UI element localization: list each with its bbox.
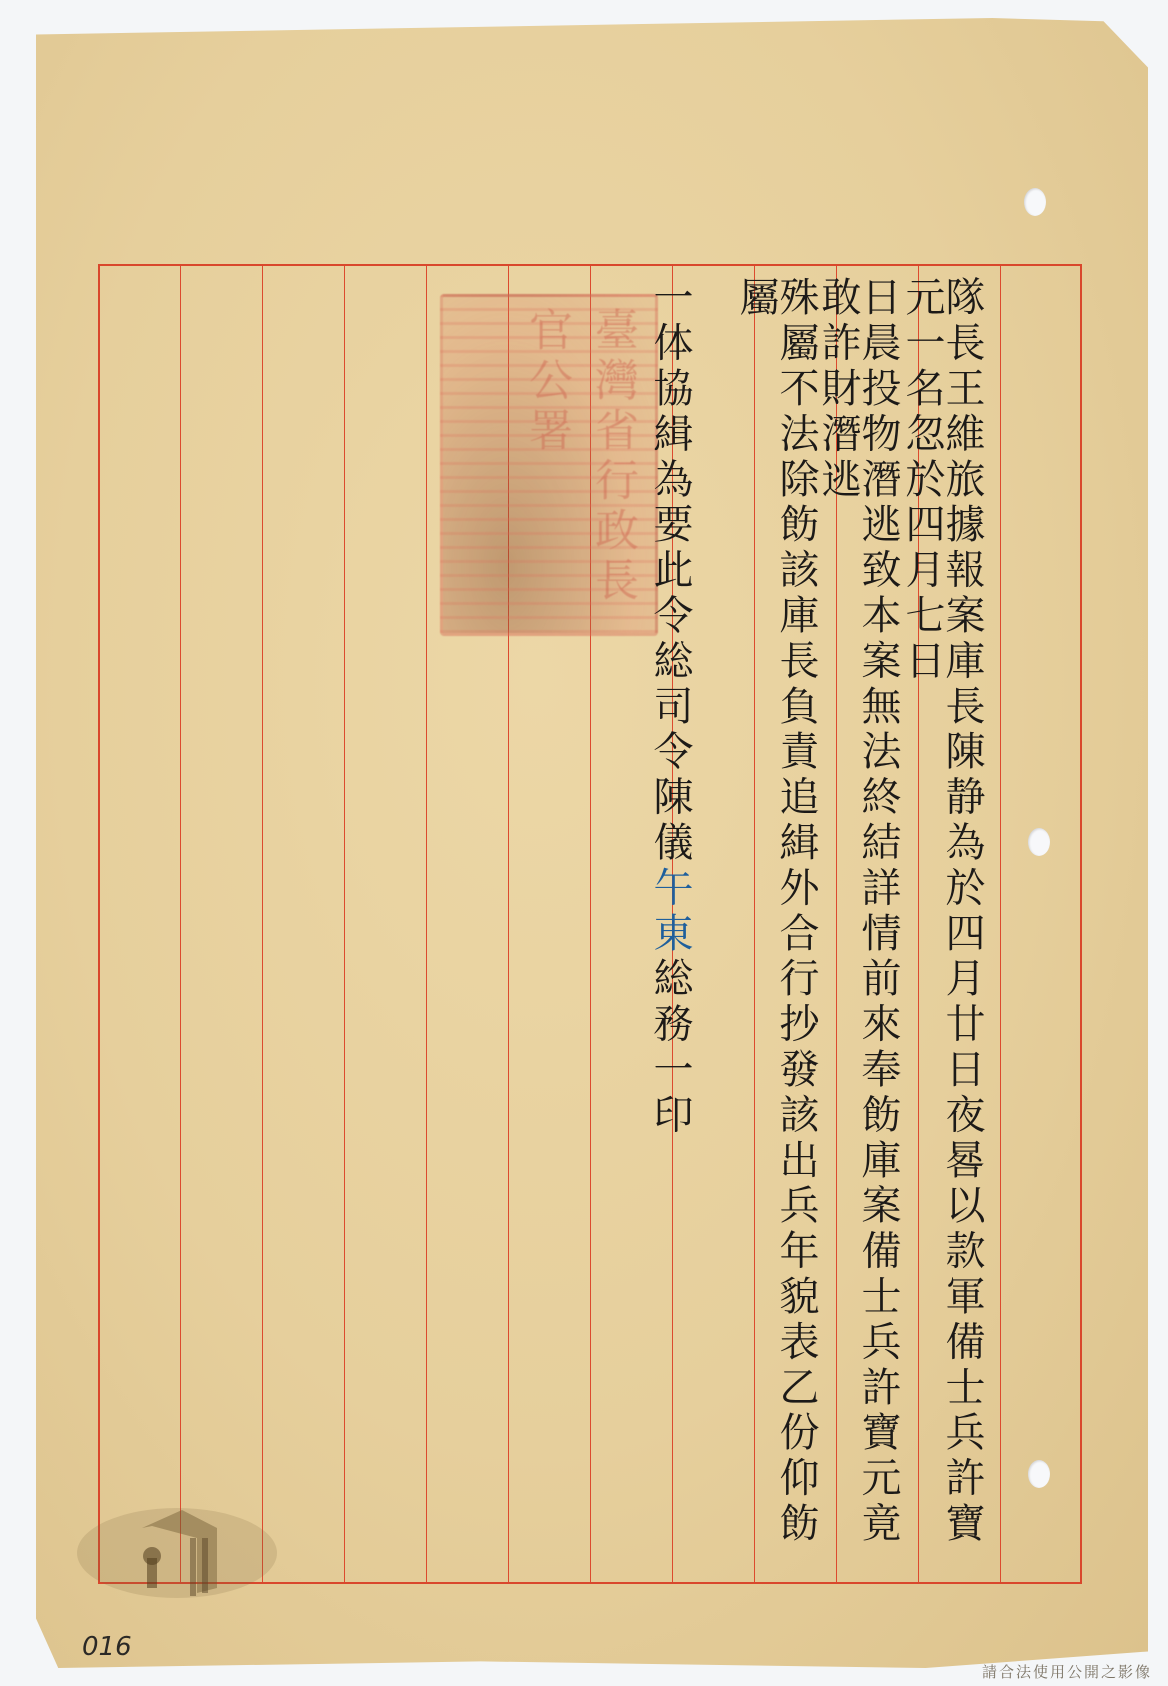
punch-hole [1024,188,1046,216]
punch-hole [1028,1460,1050,1488]
column-text: 隊長王維旅據報案庫長陳静為於四月廿日夜晷以款軍備士兵許寶元一名忽於四月七日 [899,276,985,1547]
column-rule [180,266,181,1582]
text-column-4: 一体協緝為要此令総司令陳儀午東総務一印 [650,276,690,1176]
blue-ink-mark: 午東 [647,866,693,957]
column-rule [344,266,345,1582]
text-column-1: 隊長王維旅據報案庫長陳静為於四月廿日夜晷以款軍備士兵許寶元一名忽於四月七日 [902,276,982,1576]
official-seal: 臺灣省行政長官公署 [440,294,658,636]
column-rule [426,266,427,1582]
column-rule [262,266,263,1582]
column-text: 一体協緝為要此令総司令陳儀 [647,276,693,866]
page-number: 016 [82,1632,132,1662]
document-page: 臺灣省行政長官公署 隊長王維旅據報案庫長陳静為於四月廿日夜晷以款軍備士兵許寶元一… [36,18,1148,1668]
punch-hole [1028,828,1050,856]
column-suffix: 総務一印 [647,957,693,1139]
footer-watermark: 請合法使用公開之影像 [982,1661,1152,1682]
archive-logo-icon [72,1498,282,1598]
text-column-2: 日晨投物潛逃致本案無法終結詳情前來奉飭庫案備士兵許寶元竟敢詐財潛逃 [818,276,898,1576]
column-rule [1000,266,1001,1582]
column-text: 殊屬不法除飭該庫長負責追緝外合行抄發該出兵年貌表乙份仰飭屬 [733,276,819,1547]
text-column-3: 殊屬不法除飭該庫長負責追緝外合行抄發該出兵年貌表乙份仰飭屬 [736,276,816,1576]
column-text: 日晨投物潛逃致本案無法終結詳情前來奉飭庫案備士兵許寶元竟敢詐財潛逃 [815,276,901,1547]
seal-glyphs: 臺灣省行政長官公署 [453,307,645,623]
